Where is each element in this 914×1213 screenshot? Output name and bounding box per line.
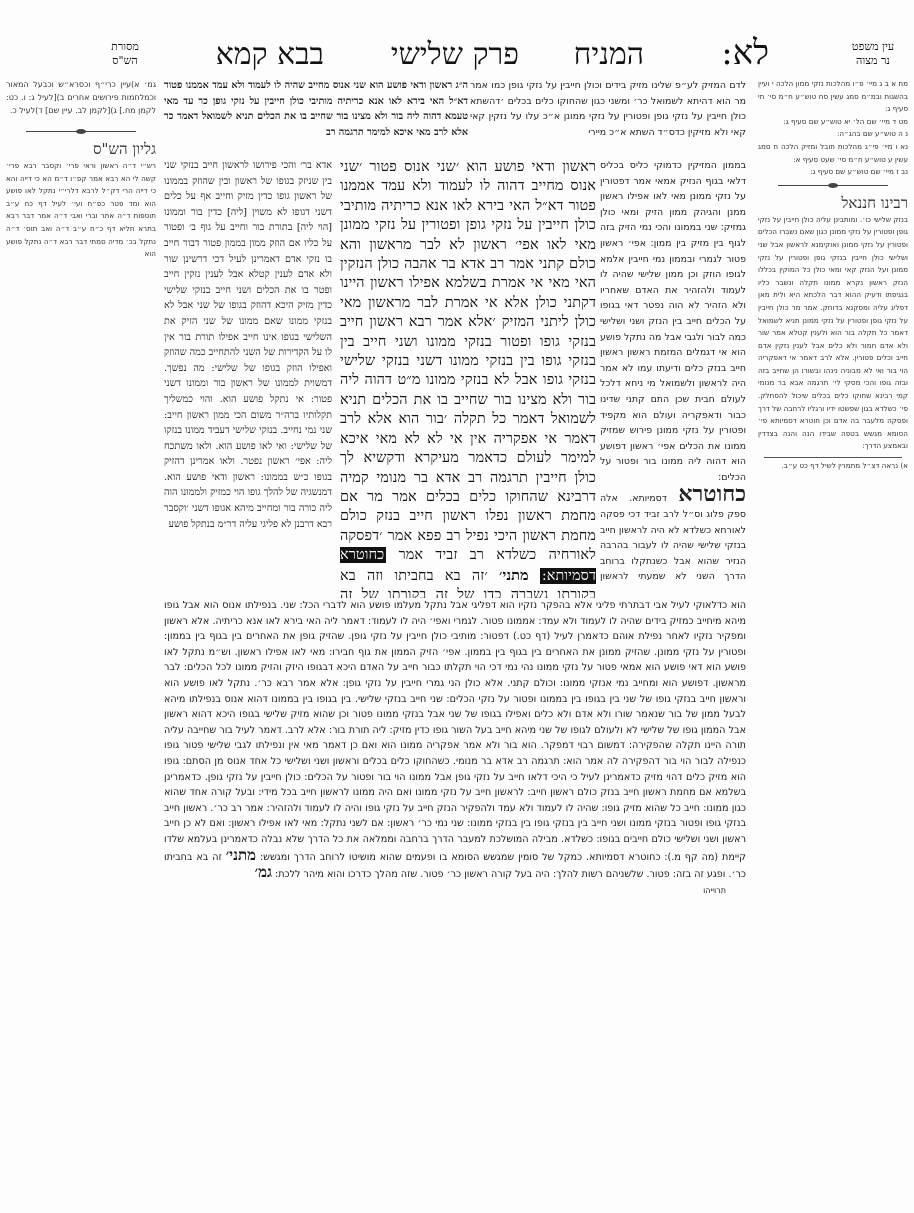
ornament-divider xyxy=(26,131,136,132)
ornament-divider xyxy=(778,185,888,186)
rashi-header-text: לדם המזיק לע״פ שלינו מזיק בידים וכולן חי… xyxy=(470,80,746,138)
rashi-body: בממון המזיקין כדמוקי כליס בכליס דלאי בגו… xyxy=(600,158,746,588)
mesoret-label: מסורת הש"ס xyxy=(90,40,160,68)
mesoret-entries: גמ׳ א)עיין כרי״ף וכסרא״ש וכבעל המאור וכמ… xyxy=(6,78,156,117)
ein-mishpat-entry: מט ד מיי׳ שם הל׳ יא טוש״ע שם סעיף ג: xyxy=(758,116,908,129)
rashi-header: לדם המזיק לע״פ שלינו מזיק בידים וכולן חי… xyxy=(470,78,746,158)
bottom-mishnah-label: מתני׳ xyxy=(226,846,256,864)
ein-mishpat-label-line2: נר מצוה xyxy=(838,54,908,68)
tosafot-header: ה״ג ראשון ודאי פושע הוא שני אנוס מחייב ש… xyxy=(164,78,468,158)
ein-mishpat-label-line1: עין משפט xyxy=(838,40,908,54)
gemara-body: ראשון ודאי פושע הוא ׳שני אנוס פטור ׳שני … xyxy=(340,159,596,563)
ein-mishpat-entry: מח א ב ג מיי׳ פ״ו מהלכות נזקי ממון הלכה … xyxy=(758,78,908,116)
bottom-gemara-label: גמ׳ xyxy=(255,863,272,881)
rashi-chotra-text: דסמיותא. אלה ספק פלוג וס״ל לרב זביד דכי … xyxy=(600,493,746,588)
ein-mishpat-entry: נב ז מיי׳ שם טוש״ע שם סעיף ג: xyxy=(758,166,908,179)
right-margin: מח א ב ג מיי׳ פ״ו מהלכות נזקי ממון הלכה … xyxy=(758,78,908,878)
gemara-center: ראשון ודאי פושע הוא ׳שני אנוס פטור ׳שני … xyxy=(340,158,596,598)
gilyon-text: רש״י ד״ה ראשון וראי פרי׳ וקסבר רבא פרי׳ … xyxy=(6,160,156,261)
mesoret-label-line2: הש"ס xyxy=(90,54,160,68)
rabbeinu-chananel-title: רבינו חננאל xyxy=(758,192,908,214)
tosafot-body: אדא בר׳ והכי פירושו לראשון חייב בנזקי שנ… xyxy=(164,158,332,560)
tosafot-body-text: אדא בר׳ והכי פירושו לראשון חייב בנזקי שנ… xyxy=(164,160,332,530)
ein-mishpat-entry: נא ו מיי׳ פי״ג מהלכות חובל ומזיק הלכה ח … xyxy=(758,141,908,166)
mesoret-label-line1: מסורת xyxy=(90,40,160,54)
bottom-catchword: תרוייהו xyxy=(164,883,746,899)
chapter-name: המניח xyxy=(574,38,644,72)
ein-mishpat-label: עין משפט נר מצוה xyxy=(838,40,908,68)
tractate-name: בבא קמא xyxy=(216,38,324,72)
footnote-divider xyxy=(764,457,902,458)
daf-number: לא: xyxy=(721,36,769,70)
gilyon-title: גליון הש"ס xyxy=(6,138,156,160)
bottom-commentary-text: הוא כדלאוקי לעיל אבי דבתרתי פליגי אלא בה… xyxy=(164,600,746,863)
bottom-commentary: הוא כדלאוקי לעיל אבי דבתרתי פליגי אלא בה… xyxy=(164,598,746,1050)
left-margin: גמ׳ א)עיין כרי״ף וכסרא״ש וכבעל המאור וכמ… xyxy=(6,78,156,638)
right-margin-footnote: א) נראה דצ״ל מתמרין לשיל דף כט ע״ב. xyxy=(758,460,908,473)
mishnah-label: מתני׳ xyxy=(499,567,529,584)
perek-name: פרק שלישי xyxy=(391,38,519,72)
rashi-chotra: כחוטרא דסמיותא. אלה ספק פלוג וס״ל לרב זב… xyxy=(600,487,746,588)
rabbeinu-chananel-text: בנזק שלישי כו׳. ומותבינן עליה כולן חייבי… xyxy=(758,214,908,453)
tosafot-header-text: ה״ג ראשון ודאי פושע הוא שני אנוס מחייב ש… xyxy=(164,80,468,138)
rashi-body-text: בממון המזיקין כדמוקי כליס בכליס דלאי בגו… xyxy=(600,160,746,483)
ein-mishpat-entry: נ ה טוש״ע שם בהג״ה: xyxy=(758,128,908,141)
rashi-chotra-label: כחוטרא xyxy=(678,481,746,507)
